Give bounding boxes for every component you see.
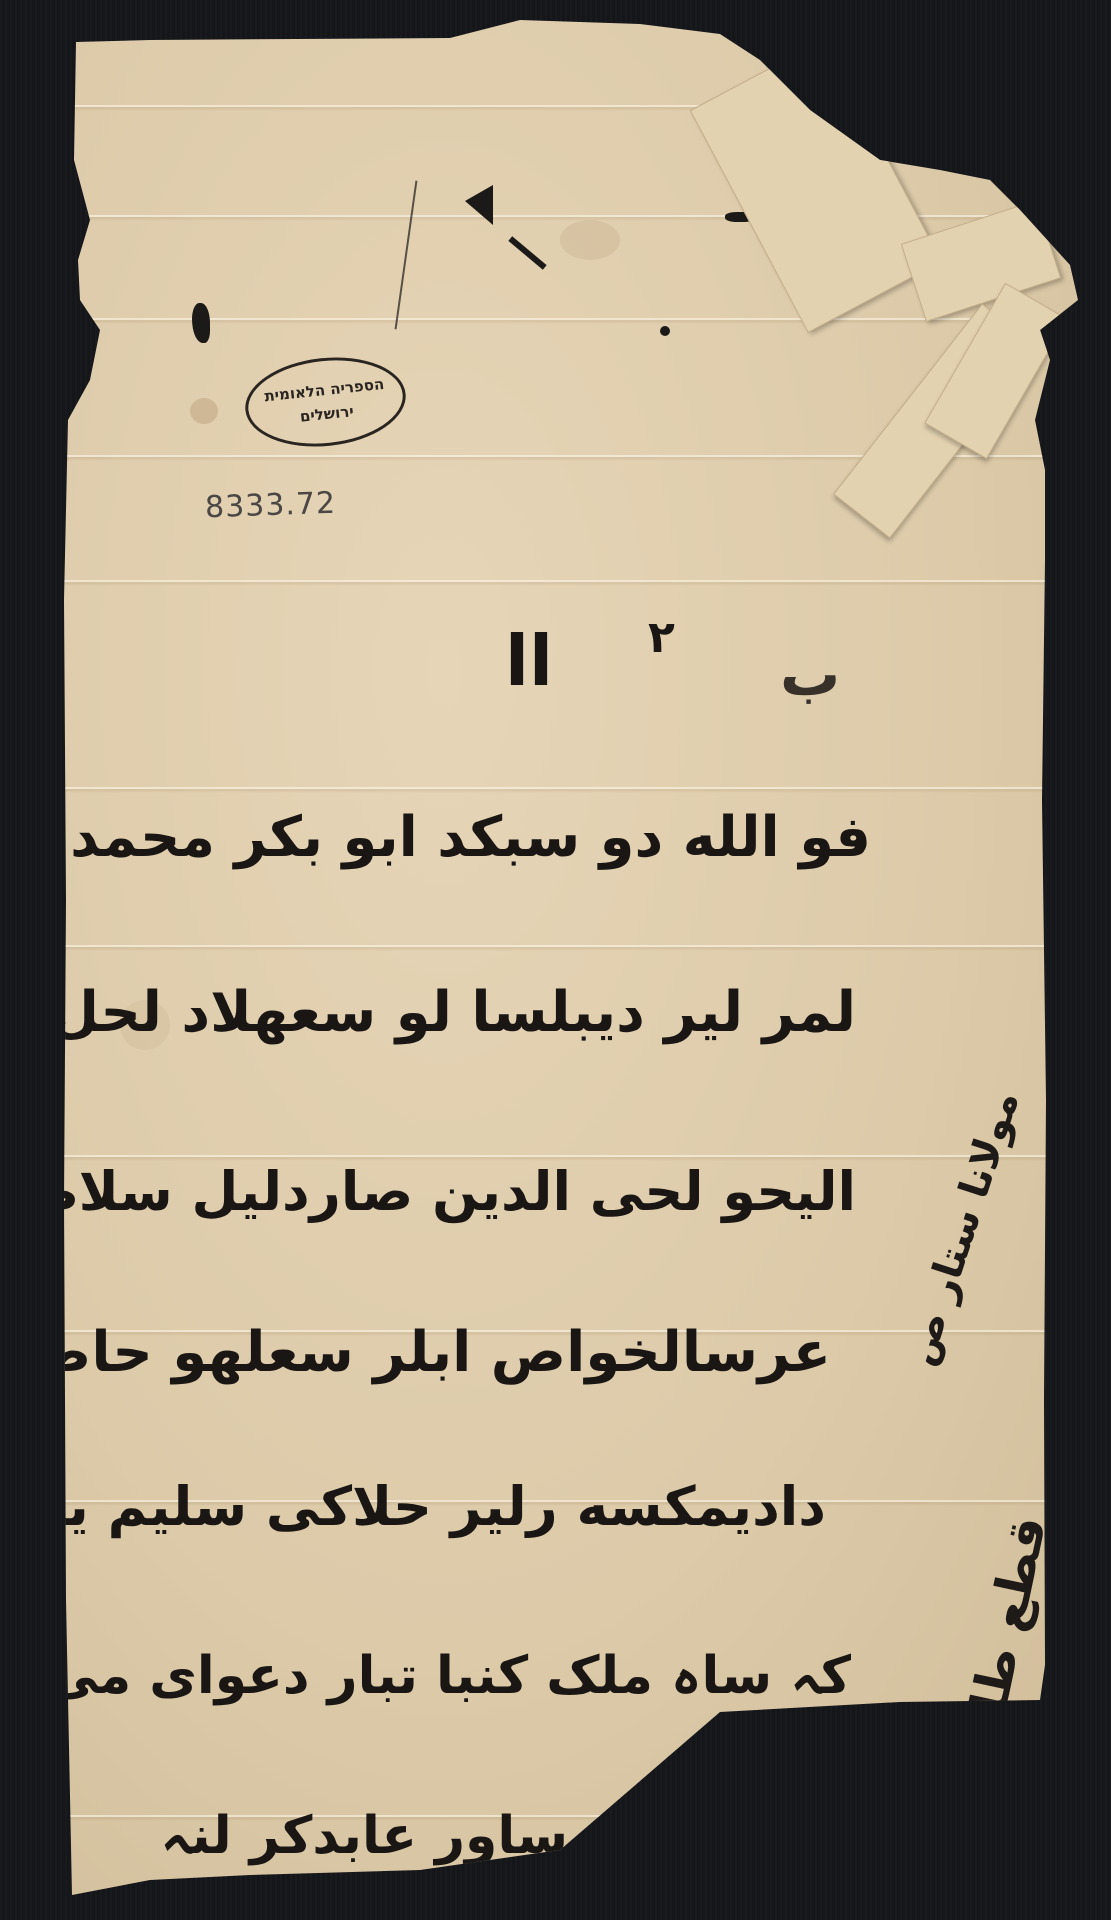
- text-line-7: ا ودا بکرساور عابدکر لنہ: [160, 1810, 781, 1862]
- margin-note-middle: مولانا ستار ص: [897, 1085, 1029, 1370]
- top-mark-a: اا: [505, 620, 553, 702]
- fold-crease: [60, 787, 1051, 789]
- fold-crease: [60, 1155, 1051, 1157]
- fold-crease: [60, 945, 1051, 947]
- hole: [192, 303, 210, 343]
- manuscript-paper: הספריה הלאומית ירושלים 8333.72 اا ۲ ب فو…: [0, 0, 1111, 1920]
- crack: [395, 181, 418, 330]
- stain: [190, 398, 218, 424]
- fold-crease: [60, 580, 1051, 582]
- margin-note-bottom: قطع طلاحسرکار: [915, 1511, 1058, 1920]
- text-line-4: عرسالخواص ابلر سعلهو حاصر حاجب: [0, 1325, 831, 1381]
- document-viewer: הספריה הלאומית ירושלים 8333.72 اا ۲ ب فو…: [0, 0, 1111, 1920]
- text-line-5: دادیمکسه رلیر حلاکی سلیم یحلص نبار: [0, 1480, 826, 1534]
- top-mark-b: ۲: [648, 612, 675, 663]
- fold-crease: [60, 105, 1051, 107]
- stamp-line-2: ירושלים: [299, 402, 354, 426]
- hole: [465, 185, 493, 225]
- folded-flap: [690, 39, 943, 333]
- shelfmark: 8333.72: [204, 486, 336, 526]
- text-line-6: کہ ساہ ملک کنبا تبار دعوای می کنند: [0, 1650, 851, 1702]
- crack: [508, 236, 546, 270]
- stain: [560, 220, 620, 260]
- stamp-line-1: הספריה הלאומית: [263, 375, 385, 405]
- library-stamp: הספריה הלאומית ירושלים: [241, 350, 410, 454]
- text-line-2: لمر لیر دیبلسا لو سعهلاد لحل کبر یحمس: [0, 985, 856, 1041]
- top-mark-c: ب: [780, 640, 840, 710]
- text-line-1: فو الله دو سبکد ابو بکر محمد ابو بکر باو…: [0, 810, 871, 866]
- hole: [660, 326, 670, 336]
- text-line-3: الیحو لحی الدین صاردلیل سلاطر احمد الرجا…: [0, 1165, 856, 1219]
